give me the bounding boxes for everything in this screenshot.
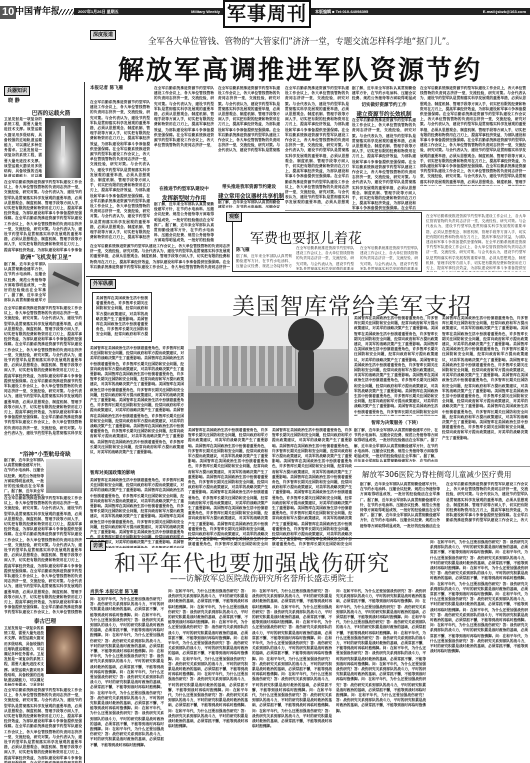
story-3-text-a: 据了解，近年来全军部队认真贯彻勤俭建军方针，在节约水电油料、压缩会议经费、规范公… — [4, 458, 44, 496]
hospital-rule — [354, 466, 530, 467]
aircraft-icon — [52, 271, 79, 286]
lead-col-2b: 据了解，近年来全军部队认真贯彻勤俭建军方针，在节约水电油料、压缩会议经费、规范公… — [154, 202, 214, 242]
lead-bottom-rule — [285, 210, 530, 211]
hospital-col-1: 据了解，近年来全军部队认真贯彻勤俭建军方针，在节约水电油料、压缩会议经费、规范公… — [360, 482, 440, 528]
lead-byline: 本报记者 陈飞雁 — [90, 86, 123, 92]
interview-col-1: 问：在和平年代，为什么还要加强战伤研究？答：战伤研究关系到部队的战斗力，平时的研… — [90, 597, 164, 763]
masthead: 军事周刊 — [223, 0, 311, 28]
opinion-tag: 观察 — [226, 212, 242, 222]
think-col-4: 美国智库在美国政治生活中扮演着重要角色，许多智库长期关注国防和安全问题，经常向政… — [354, 316, 438, 416]
think-col-5: 美国智库在美国政治生活中扮演着重要角色，许多智库长期关注国防和安全问题，经常向政… — [442, 316, 528, 462]
lead-kicker: 全军各大单位管钱、管物的“大管家们”济济一堂，专题交流怎样科学地“抠门儿”。 — [148, 35, 455, 47]
portrait-photo — [46, 626, 82, 674]
opinion-col-2: 在全军后勤系统推进资源节约型军队建设工作会议上，各大单位管钱管物的负责同志济济一… — [296, 246, 354, 270]
hospital-headline: 解放军306医院为脊柱侧弯儿童减少医疗费用 — [362, 469, 511, 480]
think-col-4b: 据了解，近年来全军部队认真贯彻勤俭建军方针，在节约水电油料、压缩会议经费、规范公… — [354, 428, 438, 462]
editor-line: 本版编辑 ■ Tel:010-64098395 — [315, 9, 368, 14]
think-tank-tag: 外军纵横 — [90, 279, 116, 289]
lead-headline: 解放军高调推进军队资源节约 — [118, 50, 482, 87]
section-divider-1 — [86, 276, 530, 277]
lead-subhead-2: 带头推进我军资源节约建设 — [218, 184, 280, 190]
lead-col-5b: 在全军后勤系统推进资源节约型军队建设工作会议上，各大单位管钱管物的负责同志济济一… — [352, 118, 416, 213]
think-col-2: 美国智库在美国政治生活中扮演着重要角色，许多智库长期关注国防和安全问题，经常向政… — [188, 428, 268, 548]
interview-col-5: 问：在和平年代，为什么还要加强战伤研究？答：战伤研究关系到部队的战斗力，平时的研… — [430, 540, 528, 763]
interview-tag: 访谈 — [90, 541, 106, 551]
lead-col-3b: 据了解，近年来全军部队认真贯彻勤俭建军方针，在节约水电油料、压缩会议经费、规范公… — [218, 200, 280, 208]
story-2-title: 欧洲“飞机发射卫星” — [16, 253, 76, 261]
rocket-photo — [45, 118, 81, 178]
interview-subheadline: ——访解放军总医院战伤研究所名誉所长盛志勇院士 — [170, 573, 354, 584]
opinion-byline: 陈飞雁 — [236, 247, 250, 253]
lead-col-3a: 在全军后勤系统推进资源节约型军队建设工作会议上，各大单位管钱管物的负责同志济济一… — [218, 86, 280, 152]
paper-logo: 中国青年报 — [15, 6, 60, 19]
quote-box-text: 美国智库在美国政治生活中扮演着重要角色，许多智库长期关注国防和安全问题，经常向政… — [96, 296, 148, 338]
lead-subhead-1b: 发挥新型财力作用 — [154, 194, 214, 202]
story-4-title: 泰古巴理 — [20, 617, 70, 625]
lead-col-1: 在全军后勤系统推进资源节约型军队建设工作会议上，各大单位管钱管物的负责同志济济一… — [90, 100, 150, 240]
section-divider-2 — [86, 538, 530, 539]
story-4-text-a: 卫星发射是一项复杂的系统工程，需要大量先进技术支撑。该型运载火箭采用多级结构，具… — [4, 626, 44, 686]
lead-section-tag: 深度报道 — [90, 30, 116, 40]
story-1-title: 巴西的运载火箭 — [26, 109, 76, 117]
building-windows — [196, 346, 296, 386]
ship-photo — [46, 459, 82, 493]
lead-subhead-1: 在推进节约型军队建设中 — [154, 186, 214, 192]
opinion-col-1: 据了解，近年来全军部队认真贯彻勤俭建军方针，在节约水电油料、压缩会议经费、规范公… — [236, 254, 292, 270]
email-line: E-mail:jsbzk@163.com — [483, 8, 526, 15]
story-4-text-b: 在全军后勤系统推进资源节约型军队建设工作会议上，各大单位管钱管物的负责同志济济一… — [4, 688, 82, 763]
hatch-decoration — [58, 9, 74, 15]
story-3-title: “浴神”小型航母奇缺 — [10, 450, 80, 458]
think-subhead-1: 智库对美国政策的影响 — [90, 470, 184, 476]
lead-col-4: 在全军后勤系统推进资源节约型军队建设工作会议上，各大单位管钱管物的负责同志济济一… — [285, 86, 349, 206]
lead-col-6: 在全军后勤系统推进资源节约型军队建设工作会议上，各大单位管钱管物的负责同志济济一… — [420, 86, 526, 186]
interview-col-4: 问：在和平年代，为什么还要加强战伤研究？答：战伤研究关系到部队的战斗力，平时的研… — [336, 589, 426, 763]
tree-icon — [324, 376, 348, 396]
opinion-headline: 军费也要抠儿着花 — [250, 228, 362, 248]
interview-byline: 肖洪华 本报记者 陈飞雁 — [90, 589, 138, 595]
left-section-tag: 兵器知识 — [4, 86, 30, 96]
story-1-text-b: 在全军后勤系统推进资源节约型军队建设工作会议上，各大单位管钱管物的负责同志济济一… — [4, 180, 82, 252]
contact-bar: 本版编辑 ■ Tel:010-64098395 E-mail:jsbzk@163… — [311, 8, 530, 15]
story-1-text-a: 卫星发射是一项复杂的系统工程，需要大量先进技术支撑。该型运载火箭采用多级结构，具… — [4, 117, 42, 177]
tree-crown-icon — [288, 318, 324, 352]
date-line: 2007年1月26日 星期五 — [78, 9, 119, 14]
left-author: 晓 静 — [8, 97, 20, 104]
building-photo — [188, 316, 348, 426]
lead-col-2a: 在全军后勤系统推进资源节约型军队建设工作会议上，各大单位管钱管物的负责同志济济一… — [154, 86, 214, 148]
aircraft-photo — [48, 263, 82, 303]
story-2-text-a: 据了解，近年来全军部队认真贯彻勤俭建军方针，在节约水电油料、压缩会议经费、规范公… — [4, 262, 46, 304]
photo-edge — [348, 316, 349, 426]
left-column-divider — [84, 82, 85, 763]
topiary-tree-icon — [298, 350, 314, 410]
interview-col-2: 问：在和平年代，为什么还要加强战伤研究？答：战伤研究关系到部队的战斗力，平时的研… — [168, 589, 248, 763]
think-subhead-3: 智库为决策服务（下转） — [354, 420, 438, 426]
page-number: 10 — [0, 6, 16, 19]
think-col-1: 美国智库在美国政治生活中扮演着重要角色，许多智库长期关注国防和安全问题，经常向政… — [90, 346, 184, 468]
date-bar: 2007年1月26日 星期五 Military Weekly — [74, 8, 224, 15]
lead-col-5a: 据了解，近年来全军部队认真贯彻勤俭建军方针，在节约水电油料、压缩会议经费、规范公… — [352, 86, 416, 101]
lead-subhead-2b: 建立常用会议器材共享机制 — [218, 192, 280, 200]
hospital-col-2: 在全军后勤系统推进资源节约型军队建设工作会议上，各大单位管钱管物的负责同志济济一… — [446, 482, 528, 522]
think-col-3: 美国智库在美国政治生活中扮演着重要角色，许多智库长期关注国防和安全问题，经常向政… — [272, 428, 352, 548]
story-3-text-b: 在全军后勤系统推进资源节约型军队建设工作会议上，各大单位管钱管物的负责同志济济一… — [4, 496, 82, 614]
story-2-text-b: 在全军后勤系统推进资源节约型军队建设工作会议上，各大单位管钱管物的负责同志济济一… — [4, 306, 82, 436]
lead-bottom-text: 在全军后勤系统推进资源节约型军队建设工作会议上，各大单位管钱管物的负责同志济济一… — [90, 244, 230, 270]
opinion-col-3: 在全军后勤系统推进资源节约型军队建设工作会议上，各大单位管钱管物的负责同志济济一… — [360, 246, 418, 270]
lead-subhead-3b: 建立资源节约长效机制 — [352, 110, 416, 118]
lead-subhead-3: 切实做好资源节约工作 — [352, 102, 416, 108]
interview-col-3: 问：在和平年代，为什么还要加强战伤研究？答：战伤研究关系到部队的战斗力，平时的研… — [252, 589, 332, 763]
rocket-icon — [61, 126, 65, 156]
weekly-en: Military Weekly — [191, 8, 220, 15]
lead-col-6b: 在全军后勤系统推进资源节约型军队建设工作会议上，各大单位管钱管物的负责同志济济一… — [426, 214, 526, 272]
